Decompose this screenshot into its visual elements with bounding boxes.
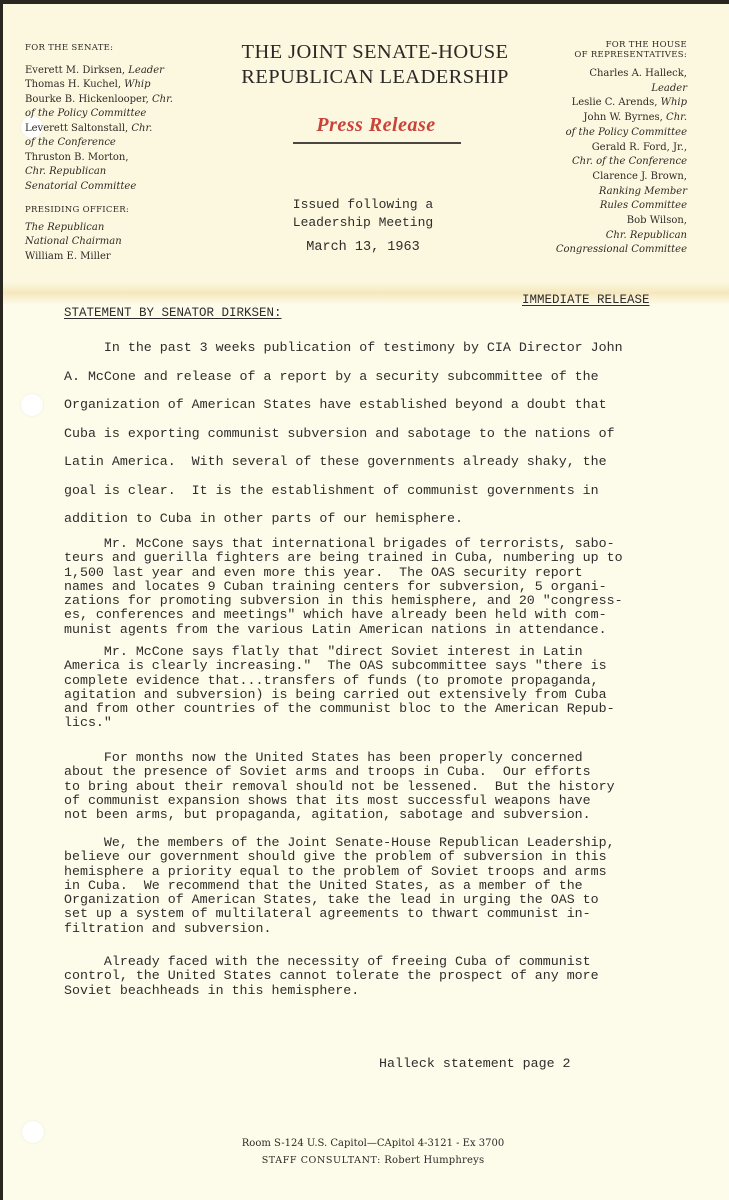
house-member: Chr. Republican bbox=[556, 229, 687, 244]
text-line: Mr. McCone says that international briga… bbox=[64, 537, 704, 551]
house-header: FOR THE HOUSE OF REPRESENTATIVES: bbox=[556, 40, 687, 60]
senate-member: Bourke B. Hickenlooper, Chr. bbox=[25, 93, 173, 108]
punch-hole bbox=[21, 394, 43, 416]
member-role: The Republican bbox=[25, 222, 104, 233]
paragraph: In the past 3 weeks publication of testi… bbox=[64, 334, 694, 534]
page-reference: Halleck statement page 2 bbox=[379, 1056, 571, 1071]
text-line: lics." bbox=[64, 716, 704, 730]
text-line: 1,500 last year and even more this year.… bbox=[64, 566, 704, 580]
member-name: Everett M. Dirksen, bbox=[25, 65, 128, 76]
text-line: teurs and guerilla fighters are being tr… bbox=[64, 551, 704, 565]
text-line: set up a system of multilateral agreemen… bbox=[64, 907, 704, 921]
member-name: Clarence J. Brown, bbox=[592, 171, 687, 182]
text-line: not been arms, but propaganda, agitation… bbox=[64, 808, 704, 822]
footer-staff-consultant: STAFF CONSULTANT: Robert Humphreys bbox=[203, 1152, 543, 1169]
member-role: Leader bbox=[651, 83, 687, 94]
text-line: believe our government should give the p… bbox=[64, 850, 704, 864]
presiding-officer-header: PRESIDING OFFICER: bbox=[25, 203, 173, 218]
press-release-label: Press Release bbox=[291, 114, 461, 137]
house-member: Ranking Member bbox=[556, 185, 687, 200]
text-line: hemisphere a priority equal to the probl… bbox=[64, 865, 704, 879]
member-name: William E. Miller bbox=[25, 251, 111, 262]
house-member: Chr. of the Conference bbox=[556, 155, 687, 170]
text-line: America is clearly increasing." The OAS … bbox=[64, 659, 704, 673]
immediate-release-label: IMMEDIATE RELEASE bbox=[522, 293, 650, 307]
text-line: about the presence of Soviet arms and tr… bbox=[64, 765, 704, 779]
house-member-list: Charles A. Halleck,LeaderLeslie C. Arend… bbox=[556, 67, 687, 258]
text-line: In the past 3 weeks publication of testi… bbox=[64, 334, 694, 363]
paragraph: We, the members of the Joint Senate-Hous… bbox=[64, 836, 704, 936]
member-role: Congressional Committee bbox=[556, 244, 687, 255]
member-role: Chr. of the Conference bbox=[572, 156, 687, 167]
text-line: in Cuba. We recommend that the United St… bbox=[64, 879, 704, 893]
text-line: For months now the United States has bee… bbox=[64, 751, 704, 765]
text-line: Organization of American States, take th… bbox=[64, 893, 704, 907]
presiding-officer-line: William E. Miller bbox=[25, 250, 173, 265]
house-member: of the Policy Committee bbox=[556, 126, 687, 141]
text-line: zations for promoting subversion in this… bbox=[64, 594, 704, 608]
member-name: Thomas H. Kuchel, bbox=[25, 79, 124, 90]
text-line: Organization of American States have est… bbox=[64, 391, 694, 420]
senate-member: of the Policy Committee bbox=[25, 107, 173, 122]
member-role: Ranking Member bbox=[599, 186, 687, 197]
footer-address: Room S-124 U.S. Capitol—CApitol 4-3121 -… bbox=[203, 1135, 543, 1152]
presiding-officer-list: The RepublicanNational ChairmanWilliam E… bbox=[25, 221, 173, 265]
senate-member: Leverett Saltonstall, Chr. bbox=[25, 122, 173, 137]
text-line: Mr. McCone says flatly that "direct Sovi… bbox=[64, 645, 704, 659]
house-member: Clarence J. Brown, bbox=[556, 170, 687, 185]
member-role: Chr. Republican bbox=[606, 230, 687, 241]
house-member: Leslie C. Arends, Whip bbox=[556, 96, 687, 111]
letterhead-title: THE JOINT SENATE-HOUSE REPUBLICAN LEADER… bbox=[225, 40, 525, 90]
member-name: Leverett Saltonstall, bbox=[25, 123, 131, 134]
member-role: National Chairman bbox=[25, 236, 122, 247]
paragraph: Mr. McCone says that international briga… bbox=[64, 537, 704, 637]
paragraph: Mr. McCone says flatly that "direct Sovi… bbox=[64, 645, 704, 731]
member-name: Leslie C. Arends, bbox=[572, 97, 661, 108]
member-name: Charles A. Halleck, bbox=[589, 68, 687, 79]
member-role: Chr. bbox=[131, 123, 152, 134]
staff-consultant-label: STAFF CONSULTANT: bbox=[262, 1155, 381, 1166]
member-role: Whip bbox=[661, 97, 687, 108]
punch-hole bbox=[22, 1121, 44, 1143]
member-name: Thruston B. Morton, bbox=[25, 152, 129, 163]
text-line: addition to Cuba in other parts of our h… bbox=[64, 505, 694, 534]
paragraph: For months now the United States has bee… bbox=[64, 751, 704, 822]
title-line-2: REPUBLICAN LEADERSHIP bbox=[225, 65, 525, 90]
senate-member: of the Conference bbox=[25, 136, 173, 151]
press-release-rule bbox=[293, 142, 461, 144]
issued-line-2: Leadership Meeting bbox=[263, 214, 463, 232]
house-member: Bob Wilson, bbox=[556, 214, 687, 229]
text-line: agitation and subversion) is being carri… bbox=[64, 688, 704, 702]
senate-member: Thomas H. Kuchel, Whip bbox=[25, 78, 173, 93]
text-line: Latin America. With several of these gov… bbox=[64, 448, 694, 477]
staff-consultant-name: Robert Humphreys bbox=[381, 1155, 484, 1166]
statement-heading: STATEMENT BY SENATOR DIRKSEN: bbox=[64, 306, 282, 320]
member-role: Rules Committee bbox=[600, 200, 687, 211]
text-line: names and locates 9 Cuban training cente… bbox=[64, 580, 704, 594]
member-name: Bob Wilson, bbox=[627, 215, 687, 226]
member-role: Chr. bbox=[666, 112, 687, 123]
house-members: FOR THE HOUSE OF REPRESENTATIVES: Charle… bbox=[556, 40, 687, 258]
senate-member-list: Everett M. Dirksen, LeaderThomas H. Kuch… bbox=[25, 64, 173, 195]
text-line: filtration and subversion. bbox=[64, 922, 704, 936]
document-page: FOR THE SENATE: Everett M. Dirksen, Lead… bbox=[3, 4, 729, 1200]
senate-header: FOR THE SENATE: bbox=[25, 41, 173, 56]
presiding-officer-line: The Republican bbox=[25, 221, 173, 236]
text-line: A. McCone and release of a report by a s… bbox=[64, 363, 694, 392]
text-line: of communist expansion shows that its mo… bbox=[64, 794, 704, 808]
issued-line-1: Issued following a bbox=[263, 196, 463, 214]
member-role: of the Policy Committee bbox=[25, 108, 146, 119]
text-line: Already faced with the necessity of free… bbox=[64, 955, 704, 969]
presiding-officer-line: National Chairman bbox=[25, 235, 173, 250]
text-line: munist agents from the various Latin Ame… bbox=[64, 623, 704, 637]
house-member: Charles A. Halleck, bbox=[556, 67, 687, 82]
member-role: Leader bbox=[128, 65, 164, 76]
text-line: control, the United States cannot tolera… bbox=[64, 969, 704, 983]
release-date: March 13, 1963 bbox=[263, 240, 463, 255]
issued-note: Issued following a Leadership Meeting bbox=[263, 196, 463, 232]
text-line: es, conferences and meetings" which have… bbox=[64, 608, 704, 622]
member-name: Gerald R. Ford, Jr., bbox=[592, 142, 687, 153]
text-line: Soviet beachheads in this hemisphere. bbox=[64, 984, 704, 998]
senate-member: Chr. Republican bbox=[25, 165, 173, 180]
senate-members: FOR THE SENATE: Everett M. Dirksen, Lead… bbox=[25, 41, 173, 264]
house-header-line-2: OF REPRESENTATIVES: bbox=[556, 50, 687, 60]
house-member: Rules Committee bbox=[556, 199, 687, 214]
senate-member: Thruston B. Morton, bbox=[25, 151, 173, 166]
text-line: We, the members of the Joint Senate-Hous… bbox=[64, 836, 704, 850]
house-member: John W. Byrnes, Chr. bbox=[556, 111, 687, 126]
member-role: Chr. bbox=[152, 94, 173, 105]
house-member: Leader bbox=[556, 82, 687, 97]
house-member: Gerald R. Ford, Jr., bbox=[556, 141, 687, 156]
member-role: of the Policy Committee bbox=[566, 127, 687, 138]
text-line: goal is clear. It is the establishment o… bbox=[64, 477, 694, 506]
paragraph: Already faced with the necessity of free… bbox=[64, 955, 704, 998]
text-line: to bring about their removal should not … bbox=[64, 780, 704, 794]
title-line-1: THE JOINT SENATE-HOUSE bbox=[225, 40, 525, 65]
member-role: Chr. Republican bbox=[25, 166, 106, 177]
text-line: and from other countries of the communis… bbox=[64, 702, 704, 716]
member-role: Senatorial Committee bbox=[25, 181, 136, 192]
house-member: Congressional Committee bbox=[556, 243, 687, 258]
member-name: John W. Byrnes, bbox=[583, 112, 666, 123]
member-role: of the Conference bbox=[25, 137, 116, 148]
text-line: Cuba is exporting communist subversion a… bbox=[64, 420, 694, 449]
senate-member: Senatorial Committee bbox=[25, 180, 173, 195]
text-line: complete evidence that...transfers of fu… bbox=[64, 674, 704, 688]
member-name: Bourke B. Hickenlooper, bbox=[25, 94, 152, 105]
senate-member: Everett M. Dirksen, Leader bbox=[25, 64, 173, 79]
footer: Room S-124 U.S. Capitol—CApitol 4-3121 -… bbox=[203, 1135, 543, 1169]
house-header-line-1: FOR THE HOUSE bbox=[556, 40, 687, 50]
member-role: Whip bbox=[124, 79, 150, 90]
